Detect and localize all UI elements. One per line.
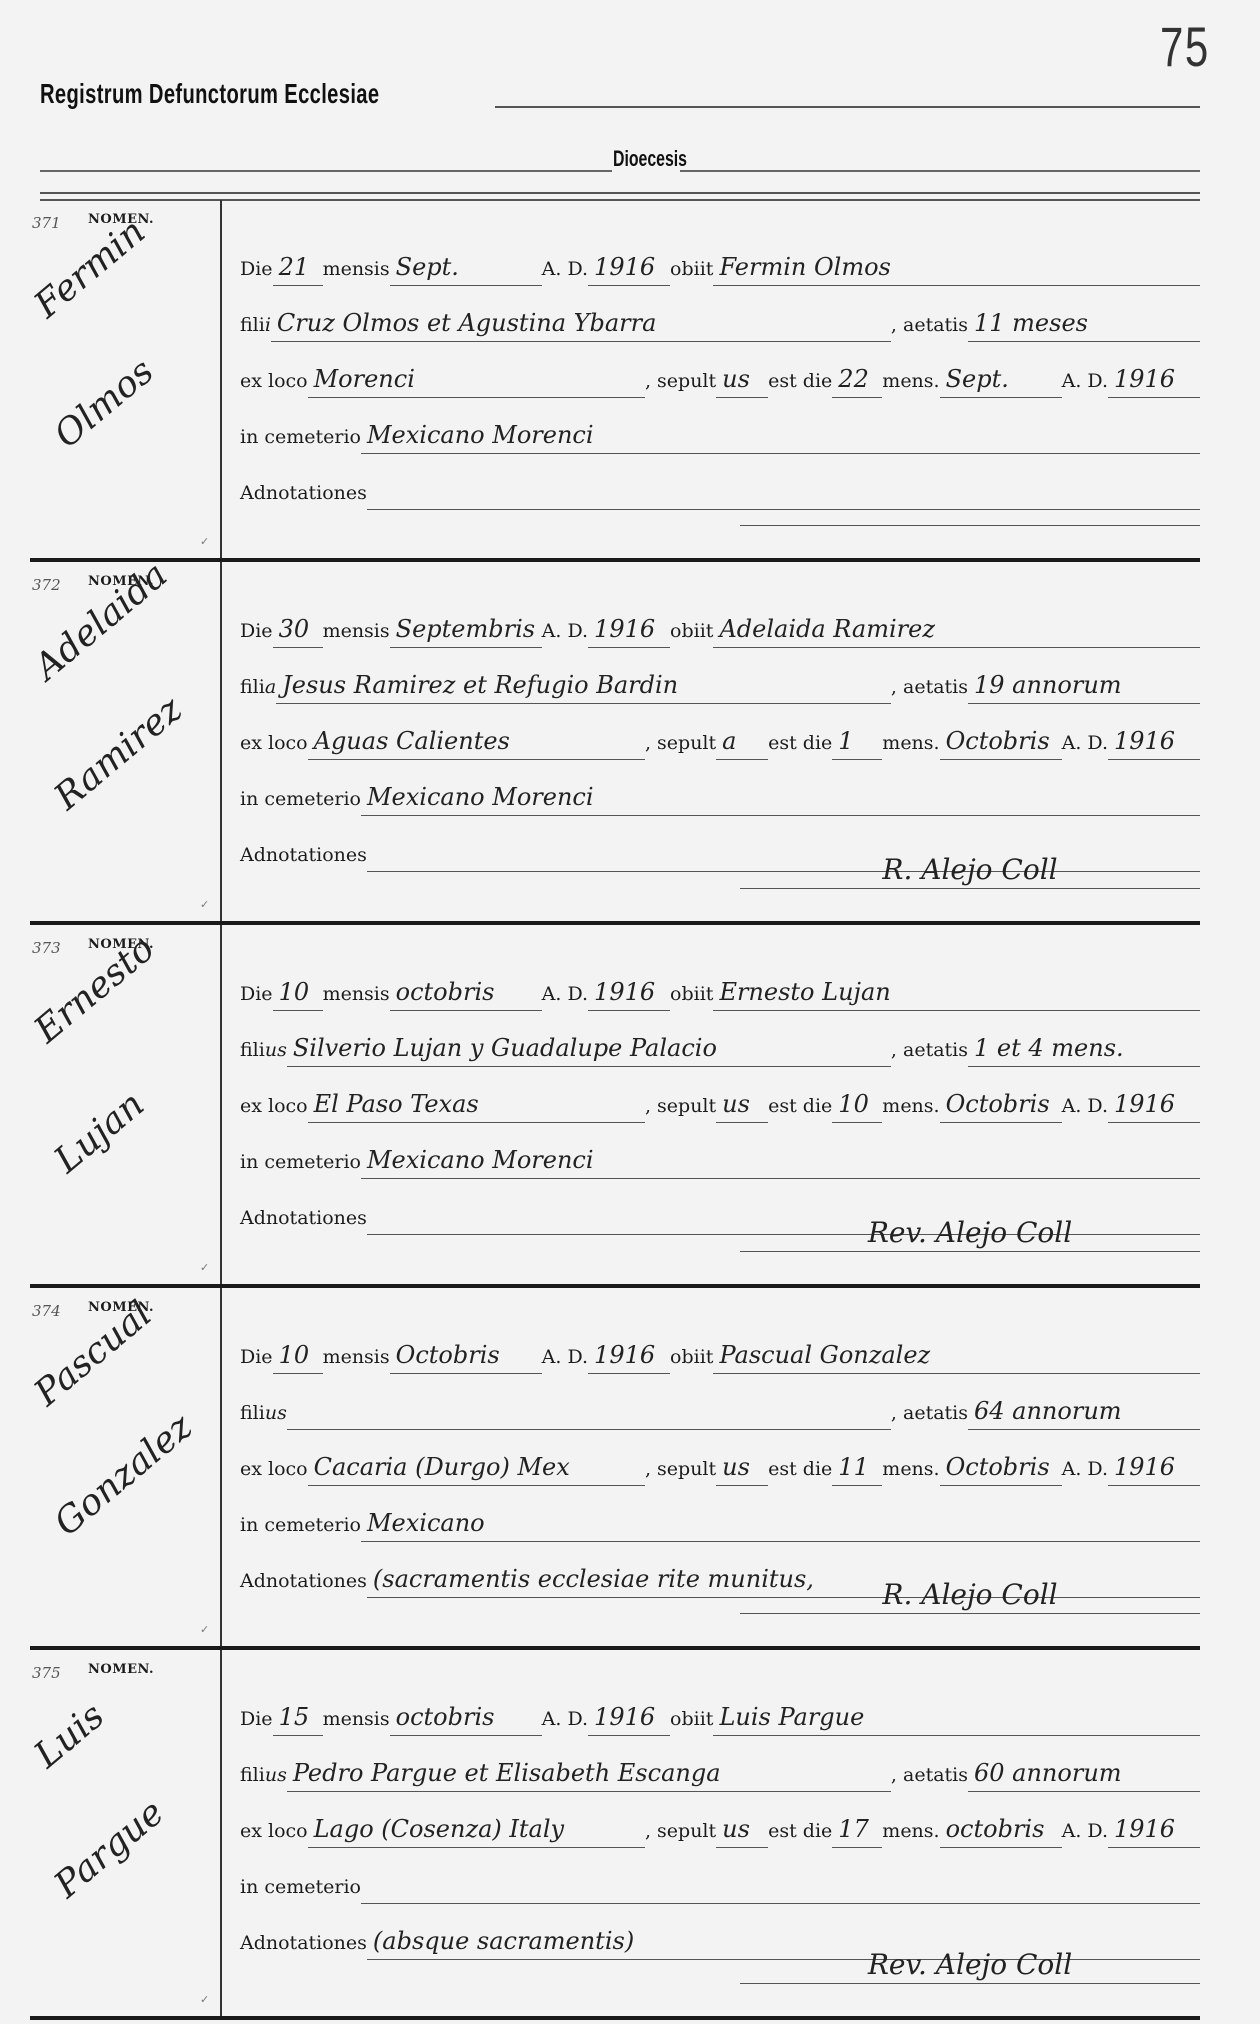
obiit-label: obiit	[670, 620, 713, 648]
death-line: Die 15 mensis octobris A. D. 1916 obiit …	[240, 1680, 1200, 1736]
die-label: Die	[240, 1346, 273, 1374]
ad-label: A. D.	[1062, 370, 1108, 398]
diocese-row: Dioecesis	[40, 146, 1200, 176]
sepult-suffix: us	[716, 1813, 768, 1848]
burial-year: 1916	[1108, 1813, 1200, 1848]
side-last-name: Ramirez	[47, 689, 190, 818]
fili-suffix: us	[265, 1764, 287, 1792]
sepult-label: , sepult	[645, 370, 716, 398]
place-of-origin: Aguas Calientes	[308, 725, 645, 760]
burial-line: ex loco Lago (Cosenza) Italy , sepult us…	[240, 1792, 1200, 1848]
ad-label: A. D.	[542, 620, 588, 648]
ad-label: A. D.	[1062, 1820, 1108, 1848]
cemetery-line: in cemeterio Mexicano Morenci	[240, 1123, 1200, 1179]
die-label: Die	[240, 258, 273, 286]
burial-line: ex loco Morenci , sepult us est die 22 m…	[240, 342, 1200, 398]
burial-day: 17	[832, 1813, 882, 1848]
obiit-label: obiit	[670, 1708, 713, 1736]
fili-label: fili	[240, 314, 265, 342]
parents-line: fili us , aetatis 64 annorum	[240, 1374, 1200, 1430]
ex-loco-label: ex loco	[240, 1458, 308, 1486]
entry-number: 375	[32, 1664, 61, 1682]
place-of-origin: El Paso Texas	[308, 1088, 645, 1123]
aetatis-label: , aetatis	[891, 1764, 968, 1792]
fili-suffix: a	[265, 676, 276, 704]
parents: Jesus Ramirez et Refugio Bardin	[276, 669, 891, 704]
side-name: Fermin Olmos	[30, 270, 215, 500]
ad-label: A. D.	[1062, 732, 1108, 760]
aetatis-label: , aetatis	[891, 314, 968, 342]
aetatis-label: , aetatis	[891, 676, 968, 704]
death-day: 10	[273, 1339, 323, 1374]
burial-year: 1916	[1108, 1088, 1200, 1123]
est-die-label: est die	[768, 732, 832, 760]
death-year: 1916	[588, 251, 670, 286]
cemetery-label: in cemeterio	[240, 1514, 361, 1542]
fili-label: fili	[240, 1402, 265, 1430]
mensis-label: mensis	[323, 258, 390, 286]
parents-line: fili i Cruz Olmos et Agustina Ybarra , a…	[240, 286, 1200, 342]
annotations	[367, 475, 1200, 510]
register-entry: 374 NOMEN. Pascual Gonzalez ✓ Die 10 men…	[30, 1288, 1200, 1650]
entry-number: 371	[32, 214, 61, 232]
mens-label: mens.	[882, 1458, 939, 1486]
deceased-name: Pascual Gonzalez	[713, 1339, 1200, 1374]
cemetery-label: in cemeterio	[240, 1876, 361, 1904]
aetatis-label: , aetatis	[891, 1039, 968, 1067]
entry-number: 372	[32, 576, 61, 594]
death-line: Die 21 mensis Sept. A. D. 1916 obiit Fer…	[240, 230, 1200, 286]
parents: Pedro Pargue et Elisabeth Escanga	[287, 1757, 891, 1792]
mens-label: mens.	[882, 1820, 939, 1848]
entry-fields: Die 15 mensis octobris A. D. 1916 obiit …	[240, 1680, 1200, 1960]
death-year: 1916	[588, 613, 670, 648]
side-last-name: Olmos	[47, 351, 162, 457]
column-divider	[220, 562, 222, 921]
column-divider	[220, 925, 222, 1284]
aetatis-label: , aetatis	[891, 1402, 968, 1430]
cemetery: Mexicano	[361, 1507, 1200, 1542]
ex-loco-label: ex loco	[240, 732, 308, 760]
nomen-label: NOMEN.	[88, 1662, 154, 1677]
entry-fields: Die 10 mensis Octobris A. D. 1916 obiit …	[240, 1318, 1200, 1598]
cemetery-line: in cemeterio Mexicano Morenci	[240, 760, 1200, 816]
check-mark: ✓	[200, 1261, 209, 1274]
death-year: 1916	[588, 1339, 670, 1374]
death-year: 1916	[588, 1701, 670, 1736]
cemetery-line: in cemeterio Mexicano	[240, 1486, 1200, 1542]
side-last-name: Lujan	[47, 1084, 152, 1182]
burial-year: 1916	[1108, 363, 1200, 398]
est-die-label: est die	[768, 370, 832, 398]
ad-label: A. D.	[542, 258, 588, 286]
burial-line: ex loco Cacaria (Durgo) Mex , sepult us …	[240, 1430, 1200, 1486]
annotations-label: Adnotationes	[240, 482, 367, 510]
age: 64 annorum	[968, 1395, 1200, 1430]
age: 60 annorum	[968, 1757, 1200, 1792]
cemetery: Mexicano Morenci	[361, 419, 1200, 454]
death-month: Septembris	[390, 613, 542, 648]
column-divider	[220, 1288, 222, 1646]
burial-month: Octobris	[940, 725, 1062, 760]
entry-number: 373	[32, 939, 61, 957]
check-mark: ✓	[200, 1993, 209, 2006]
entry-fields: Die 30 mensis Septembris A. D. 1916 obii…	[240, 592, 1200, 872]
ex-loco-label: ex loco	[240, 1820, 308, 1848]
diocese-label: Dioecesis	[613, 146, 687, 172]
side-last-name: Gonzalez	[47, 1406, 200, 1544]
sepult-suffix: us	[716, 363, 768, 398]
burial-line: ex loco Aguas Calientes , sepult a est d…	[240, 704, 1200, 760]
sepult-label: , sepult	[645, 1458, 716, 1486]
fili-label: fili	[240, 1039, 265, 1067]
side-name: Luis Pargue	[30, 1720, 215, 1950]
mensis-label: mensis	[323, 620, 390, 648]
side-last-name: Pargue	[47, 1792, 172, 1906]
death-month: Octobris	[390, 1339, 542, 1374]
annotations-label: Adnotationes	[240, 1207, 367, 1235]
deceased-name: Ernesto Lujan	[713, 976, 1200, 1011]
parents-line: fili a Jesus Ramirez et Refugio Bardin ,…	[240, 648, 1200, 704]
death-day: 21	[273, 251, 323, 286]
parents: Silverio Lujan y Guadalupe Palacio	[287, 1032, 891, 1067]
parents-line: fili us Silverio Lujan y Guadalupe Palac…	[240, 1011, 1200, 1067]
mens-label: mens.	[882, 1095, 939, 1123]
ad-label: A. D.	[542, 1708, 588, 1736]
burial-day: 22	[832, 363, 882, 398]
side-name: Adelaida Ramirez	[30, 632, 215, 862]
annotations-label: Adnotationes	[240, 1932, 367, 1960]
register-title: Registrum Defunctorum Ecclesiae	[40, 78, 379, 110]
side-name: Ernesto Lujan	[30, 995, 215, 1225]
death-day: 15	[273, 1701, 323, 1736]
deceased-name: Adelaida Ramirez	[713, 613, 1200, 648]
cemetery-label: in cemeterio	[240, 426, 361, 454]
burial-day: 1	[832, 725, 882, 760]
fili-label: fili	[240, 1764, 265, 1792]
death-day: 10	[273, 976, 323, 1011]
death-line: Die 30 mensis Septembris A. D. 1916 obii…	[240, 592, 1200, 648]
ad-label: A. D.	[542, 983, 588, 1011]
priest-signature: R. Alejo Coll	[740, 1578, 1200, 1614]
sepult-label: , sepult	[645, 1820, 716, 1848]
place-of-origin: Cacaria (Durgo) Mex	[308, 1451, 645, 1486]
register-entry: 372 NOMEN. Adelaida Ramirez ✓ Die 30 men…	[30, 562, 1200, 925]
annotations-label: Adnotationes	[240, 844, 367, 872]
register-entry: 375 NOMEN. Luis Pargue ✓ Die 15 mensis o…	[30, 1650, 1200, 2020]
ex-loco-label: ex loco	[240, 1095, 308, 1123]
ad-label: A. D.	[1062, 1458, 1108, 1486]
death-year: 1916	[588, 976, 670, 1011]
check-mark: ✓	[200, 535, 209, 548]
annotations-label: Adnotationes	[240, 1570, 367, 1598]
mens-label: mens.	[882, 732, 939, 760]
side-name: Pascual Gonzalez	[30, 1358, 215, 1588]
burial-year: 1916	[1108, 1451, 1200, 1486]
burial-month: Sept.	[940, 363, 1062, 398]
age: 19 annorum	[968, 669, 1200, 704]
cemetery-label: in cemeterio	[240, 788, 361, 816]
burial-month: Octobris	[940, 1088, 1062, 1123]
sepult-suffix: a	[716, 725, 768, 760]
death-month: octobris	[390, 1701, 542, 1736]
mensis-label: mensis	[323, 1708, 390, 1736]
est-die-label: est die	[768, 1820, 832, 1848]
check-mark: ✓	[200, 1623, 209, 1636]
parents-line: fili us Pedro Pargue et Elisabeth Escang…	[240, 1736, 1200, 1792]
deceased-name: Fermin Olmos	[713, 251, 1200, 286]
obiit-label: obiit	[670, 983, 713, 1011]
church-name-line	[495, 106, 1200, 108]
cemetery-line: in cemeterio	[240, 1848, 1200, 1904]
death-line: Die 10 mensis octobris A. D. 1916 obiit …	[240, 955, 1200, 1011]
ad-label: A. D.	[542, 1346, 588, 1374]
death-month: octobris	[390, 976, 542, 1011]
deceased-name: Luis Pargue	[713, 1701, 1200, 1736]
diocese-line-left	[40, 170, 612, 172]
obiit-label: obiit	[670, 1346, 713, 1374]
priest-signature	[740, 523, 1200, 526]
side-first-name: Luis	[27, 1695, 112, 1776]
fili-suffix: us	[265, 1039, 287, 1067]
entry-fields: Die 10 mensis octobris A. D. 1916 obiit …	[240, 955, 1200, 1235]
age: 11 meses	[968, 307, 1200, 342]
est-die-label: est die	[768, 1095, 832, 1123]
age: 1 et 4 mens.	[968, 1032, 1200, 1067]
burial-month: Octobris	[940, 1451, 1062, 1486]
check-mark: ✓	[200, 898, 209, 911]
cemetery: Mexicano Morenci	[361, 1144, 1200, 1179]
burial-month: octobris	[940, 1813, 1062, 1848]
fili-label: fili	[240, 676, 265, 704]
mensis-label: mensis	[323, 983, 390, 1011]
priest-signature: Rev. Alejo Coll	[740, 1216, 1200, 1252]
cemetery	[361, 1869, 1200, 1904]
parents: Cruz Olmos et Agustina Ybarra	[271, 307, 891, 342]
die-label: Die	[240, 983, 273, 1011]
sepult-suffix: us	[716, 1451, 768, 1486]
place-of-origin: Morenci	[308, 363, 645, 398]
ex-loco-label: ex loco	[240, 370, 308, 398]
cemetery-line: in cemeterio Mexicano Morenci	[240, 398, 1200, 454]
sepult-label: , sepult	[645, 1095, 716, 1123]
parents	[287, 1395, 891, 1430]
mens-label: mens.	[882, 370, 939, 398]
place-of-origin: Lago (Cosenza) Italy	[308, 1813, 645, 1848]
death-month: Sept.	[390, 251, 542, 286]
mensis-label: mensis	[323, 1346, 390, 1374]
entry-fields: Die 21 mensis Sept. A. D. 1916 obiit Fer…	[240, 230, 1200, 510]
priest-signature: R. Alejo Coll	[740, 853, 1200, 889]
sepult-suffix: us	[716, 1088, 768, 1123]
burial-year: 1916	[1108, 725, 1200, 760]
diocese-line-right	[680, 170, 1200, 172]
die-label: Die	[240, 620, 273, 648]
register-entry: 371 NOMEN. Fermin Olmos ✓ Die 21 mensis …	[30, 200, 1200, 562]
cemetery: Mexicano Morenci	[361, 781, 1200, 816]
annotations-line: Adnotationes	[240, 454, 1200, 510]
register-header: Registrum Defunctorum Ecclesiae	[40, 78, 1200, 118]
entry-divider	[30, 2016, 1200, 2020]
burial-day: 11	[832, 1451, 882, 1486]
column-divider	[220, 1650, 222, 2016]
death-day: 30	[273, 613, 323, 648]
burial-line: ex loco El Paso Texas , sepult us est di…	[240, 1067, 1200, 1123]
fili-suffix: us	[265, 1402, 287, 1430]
register-entry: 373 NOMEN. Ernesto Lujan ✓ Die 10 mensis…	[30, 925, 1200, 1288]
priest-signature: Rev. Alejo Coll	[740, 1948, 1200, 1984]
burial-day: 10	[832, 1088, 882, 1123]
obiit-label: obiit	[670, 258, 713, 286]
est-die-label: est die	[768, 1458, 832, 1486]
ad-label: A. D.	[1062, 1095, 1108, 1123]
sepult-label: , sepult	[645, 732, 716, 760]
column-divider	[220, 200, 222, 558]
death-line: Die 10 mensis Octobris A. D. 1916 obiit …	[240, 1318, 1200, 1374]
die-label: Die	[240, 1708, 273, 1736]
entry-number: 374	[32, 1302, 61, 1320]
page-number: 75	[1160, 14, 1210, 79]
cemetery-label: in cemeterio	[240, 1151, 361, 1179]
